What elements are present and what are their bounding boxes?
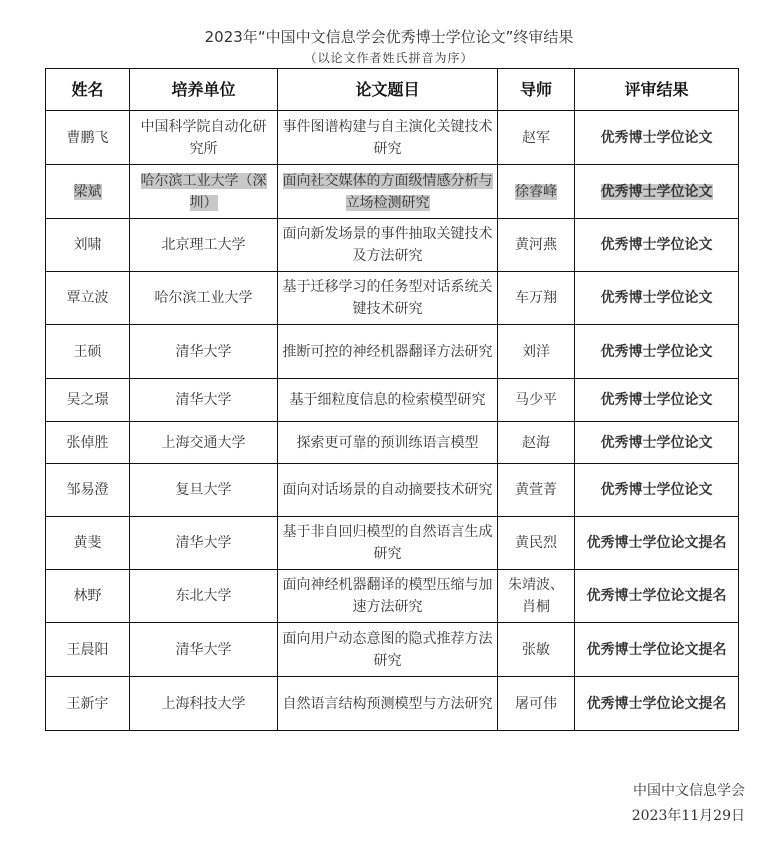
training-unit-cell: 东北大学 xyxy=(130,570,278,623)
advisor-cell: 张敏 xyxy=(498,623,575,677)
table-row: 张倬胜上海交通大学探索更可靠的预训练语言模型赵海优秀博士学位论文 xyxy=(46,422,739,464)
author-name-cell: 吴之璟 xyxy=(46,379,130,422)
thesis-title-cell: 探索更可靠的预训练语言模型 xyxy=(278,422,498,464)
review-result-cell: 优秀博士学位论文 xyxy=(575,219,739,272)
advisor-text: 马少平 xyxy=(515,392,557,408)
review-result-cell: 优秀博士学位论文 xyxy=(575,422,739,464)
table-row: 吴之璟清华大学基于细粒度信息的检索模型研究马少平优秀博士学位论文 xyxy=(46,379,739,422)
review-result-cell: 优秀博士学位论文 xyxy=(575,464,739,517)
advisor-text: 屠可伟 xyxy=(515,696,557,712)
training-unit-text: 清华大学 xyxy=(176,642,232,658)
thesis-title-text: 探索更可靠的预训练语言模型 xyxy=(297,435,479,451)
thesis-title-text: 基于迁移学习的任务型对话系统关键技术研究 xyxy=(283,279,493,317)
review-result-cell: 优秀博士学位论文提名 xyxy=(575,677,739,731)
author-name-cell: 邹易澄 xyxy=(46,464,130,517)
author-name-cell: 张倬胜 xyxy=(46,422,130,464)
review-result-text: 优秀博士学位论文提名 xyxy=(587,642,727,658)
author-name-cell: 王晨阳 xyxy=(46,623,130,677)
review-result-text: 优秀博士学位论文 xyxy=(601,392,713,408)
advisor-text: 徐睿峰 xyxy=(515,184,557,200)
training-unit-text: 清华大学 xyxy=(176,344,232,360)
thesis-title-text: 面向用户动态意图的隐式推荐方法研究 xyxy=(283,631,493,669)
training-unit-cell: 上海交通大学 xyxy=(130,422,278,464)
advisor-cell: 赵海 xyxy=(498,422,575,464)
advisor-text: 张敏 xyxy=(522,642,550,658)
training-unit-text: 北京理工大学 xyxy=(162,237,246,253)
review-result-text: 优秀博士学位论文 xyxy=(601,130,713,146)
author-name-cell: 黄斐 xyxy=(46,517,130,570)
review-result-cell: 优秀博士学位论文提名 xyxy=(575,517,739,570)
column-header-result: 评审结果 xyxy=(575,69,739,111)
training-unit-cell: 北京理工大学 xyxy=(130,219,278,272)
training-unit-cell: 上海科技大学 xyxy=(130,677,278,731)
review-result-text: 优秀博士学位论文 xyxy=(601,184,713,200)
training-unit-text: 复旦大学 xyxy=(176,482,232,498)
author-name-cell: 王硕 xyxy=(46,325,130,379)
column-header-name: 姓名 xyxy=(46,69,130,111)
review-result-text: 优秀博士学位论文提名 xyxy=(587,588,727,604)
table-row: 王新宇上海科技大学自然语言结构预测模型与方法研究屠可伟优秀博士学位论文提名 xyxy=(46,677,739,731)
thesis-title-cell: 面向新发场景的事件抽取关键技术及方法研究 xyxy=(278,219,498,272)
advisor-cell: 黄萱菁 xyxy=(498,464,575,517)
advisor-text: 黄民烈 xyxy=(515,535,557,551)
training-unit-text: 哈尔滨工业大学（深圳） xyxy=(141,173,267,211)
table-body: 曹鹏飞中国科学院自动化研究所事件图谱构建与自主演化关键技术研究赵军优秀博士学位论… xyxy=(46,111,739,731)
training-unit-text: 上海科技大学 xyxy=(162,696,246,712)
author-name-text: 张倬胜 xyxy=(67,435,109,451)
author-name-text: 邹易澄 xyxy=(67,482,109,498)
thesis-title-cell: 基于细粒度信息的检索模型研究 xyxy=(278,379,498,422)
advisor-text: 黄萱菁 xyxy=(515,482,557,498)
author-name-cell: 王新宇 xyxy=(46,677,130,731)
advisor-text: 朱靖波、肖桐 xyxy=(508,577,564,615)
advisor-cell: 车万翔 xyxy=(498,272,575,325)
thesis-title-text: 推断可控的神经机器翻译方法研究 xyxy=(283,344,493,360)
review-result-text: 优秀博士学位论文 xyxy=(601,435,713,451)
table-row: 王硕清华大学推断可控的神经机器翻译方法研究刘洋优秀博士学位论文 xyxy=(46,325,739,379)
thesis-title-text: 面向新发场景的事件抽取关键技术及方法研究 xyxy=(283,226,493,264)
review-result-text: 优秀博士学位论文提名 xyxy=(587,696,727,712)
training-unit-text: 清华大学 xyxy=(176,535,232,551)
author-name-text: 曹鹏飞 xyxy=(67,130,109,146)
table-row: 王晨阳清华大学面向用户动态意图的隐式推荐方法研究张敏优秀博士学位论文提名 xyxy=(46,623,739,677)
author-name-text: 吴之璟 xyxy=(67,392,109,408)
author-name-text: 黄斐 xyxy=(74,535,102,551)
thesis-title-cell: 面向用户动态意图的隐式推荐方法研究 xyxy=(278,623,498,677)
advisor-text: 刘洋 xyxy=(522,344,550,360)
advisor-cell: 马少平 xyxy=(498,379,575,422)
thesis-title-text: 面向神经机器翻译的模型压缩与加速方法研究 xyxy=(283,577,493,615)
author-name-cell: 覃立波 xyxy=(46,272,130,325)
thesis-title-text: 基于非自回归模型的自然语言生成研究 xyxy=(283,524,493,562)
training-unit-text: 中国科学院自动化研究所 xyxy=(141,119,267,157)
author-name-text: 王新宇 xyxy=(67,696,109,712)
author-name-text: 梁斌 xyxy=(74,184,102,200)
thesis-title-text: 面向社交媒体的方面级情感分析与立场检测研究 xyxy=(283,173,493,211)
thesis-title-text: 自然语言结构预测模型与方法研究 xyxy=(283,696,493,712)
advisor-cell: 刘洋 xyxy=(498,325,575,379)
training-unit-text: 清华大学 xyxy=(176,392,232,408)
thesis-title-cell: 面向社交媒体的方面级情感分析与立场检测研究 xyxy=(278,165,498,219)
table-row: 曹鹏飞中国科学院自动化研究所事件图谱构建与自主演化关键技术研究赵军优秀博士学位论… xyxy=(46,111,739,165)
review-result-cell: 优秀博士学位论文 xyxy=(575,272,739,325)
table-row: 邹易澄复旦大学面向对话场景的自动摘要技术研究黄萱菁优秀博士学位论文 xyxy=(46,464,739,517)
footer-organization: 中国中文信息学会 xyxy=(633,780,745,800)
review-result-text: 优秀博士学位论文 xyxy=(601,482,713,498)
training-unit-cell: 中国科学院自动化研究所 xyxy=(130,111,278,165)
advisor-cell: 黄河燕 xyxy=(498,219,575,272)
training-unit-text: 上海交通大学 xyxy=(162,435,246,451)
review-result-cell: 优秀博士学位论文 xyxy=(575,325,739,379)
training-unit-cell: 清华大学 xyxy=(130,325,278,379)
thesis-title-cell: 推断可控的神经机器翻译方法研究 xyxy=(278,325,498,379)
thesis-title-cell: 面向对话场景的自动摘要技术研究 xyxy=(278,464,498,517)
advisor-text: 黄河燕 xyxy=(515,237,557,253)
document-subtitle: （以论文作者姓氏拼音为序） xyxy=(0,49,778,66)
review-result-cell: 优秀博士学位论文 xyxy=(575,379,739,422)
results-table: 姓名 培养单位 论文题目 导师 评审结果 曹鹏飞中国科学院自动化研究所事件图谱构… xyxy=(45,68,739,731)
training-unit-cell: 清华大学 xyxy=(130,623,278,677)
review-result-cell: 优秀博士学位论文提名 xyxy=(575,623,739,677)
training-unit-cell: 复旦大学 xyxy=(130,464,278,517)
advisor-cell: 黄民烈 xyxy=(498,517,575,570)
document-title: 2023年“中国中文信息学会优秀博士学位论文”终审结果 xyxy=(0,26,778,47)
table-row: 黄斐清华大学基于非自回归模型的自然语言生成研究黄民烈优秀博士学位论文提名 xyxy=(46,517,739,570)
review-result-text: 优秀博士学位论文 xyxy=(601,290,713,306)
advisor-cell: 屠可伟 xyxy=(498,677,575,731)
table-row: 刘啸北京理工大学面向新发场景的事件抽取关键技术及方法研究黄河燕优秀博士学位论文 xyxy=(46,219,739,272)
author-name-text: 覃立波 xyxy=(67,290,109,306)
author-name-cell: 曹鹏飞 xyxy=(46,111,130,165)
author-name-text: 王硕 xyxy=(74,344,102,360)
training-unit-cell: 哈尔滨工业大学 xyxy=(130,272,278,325)
author-name-text: 林野 xyxy=(74,588,102,604)
advisor-cell: 徐睿峰 xyxy=(498,165,575,219)
thesis-title-cell: 面向神经机器翻译的模型压缩与加速方法研究 xyxy=(278,570,498,623)
author-name-text: 刘啸 xyxy=(74,237,102,253)
table-header-row: 姓名 培养单位 论文题目 导师 评审结果 xyxy=(46,69,739,111)
column-header-advisor: 导师 xyxy=(498,69,575,111)
footer-date: 2023年11月29日 xyxy=(632,805,745,825)
review-result-text: 优秀博士学位论文 xyxy=(601,237,713,253)
advisor-cell: 朱靖波、肖桐 xyxy=(498,570,575,623)
table-row: 梁斌哈尔滨工业大学（深圳）面向社交媒体的方面级情感分析与立场检测研究徐睿峰优秀博… xyxy=(46,165,739,219)
advisor-text: 车万翔 xyxy=(515,290,557,306)
thesis-title-cell: 基于非自回归模型的自然语言生成研究 xyxy=(278,517,498,570)
review-result-cell: 优秀博士学位论文 xyxy=(575,111,739,165)
table-row: 覃立波哈尔滨工业大学基于迁移学习的任务型对话系统关键技术研究车万翔优秀博士学位论… xyxy=(46,272,739,325)
thesis-title-cell: 基于迁移学习的任务型对话系统关键技术研究 xyxy=(278,272,498,325)
review-result-text: 优秀博士学位论文 xyxy=(601,344,713,360)
training-unit-cell: 清华大学 xyxy=(130,517,278,570)
author-name-cell: 梁斌 xyxy=(46,165,130,219)
advisor-text: 赵军 xyxy=(522,130,550,146)
review-result-text: 优秀博士学位论文提名 xyxy=(587,535,727,551)
review-result-cell: 优秀博士学位论文 xyxy=(575,165,739,219)
thesis-title-text: 事件图谱构建与自主演化关键技术研究 xyxy=(283,119,493,157)
table-row: 林野东北大学面向神经机器翻译的模型压缩与加速方法研究朱靖波、肖桐优秀博士学位论文… xyxy=(46,570,739,623)
advisor-cell: 赵军 xyxy=(498,111,575,165)
author-name-cell: 刘啸 xyxy=(46,219,130,272)
thesis-title-text: 面向对话场景的自动摘要技术研究 xyxy=(283,482,493,498)
training-unit-cell: 清华大学 xyxy=(130,379,278,422)
author-name-cell: 林野 xyxy=(46,570,130,623)
column-header-unit: 培养单位 xyxy=(130,69,278,111)
author-name-text: 王晨阳 xyxy=(67,642,109,658)
review-result-cell: 优秀博士学位论文提名 xyxy=(575,570,739,623)
thesis-title-cell: 自然语言结构预测模型与方法研究 xyxy=(278,677,498,731)
training-unit-text: 东北大学 xyxy=(176,588,232,604)
training-unit-cell: 哈尔滨工业大学（深圳） xyxy=(130,165,278,219)
column-header-title: 论文题目 xyxy=(278,69,498,111)
thesis-title-cell: 事件图谱构建与自主演化关键技术研究 xyxy=(278,111,498,165)
advisor-text: 赵海 xyxy=(522,435,550,451)
training-unit-text: 哈尔滨工业大学 xyxy=(155,290,253,306)
thesis-title-text: 基于细粒度信息的检索模型研究 xyxy=(290,392,486,408)
